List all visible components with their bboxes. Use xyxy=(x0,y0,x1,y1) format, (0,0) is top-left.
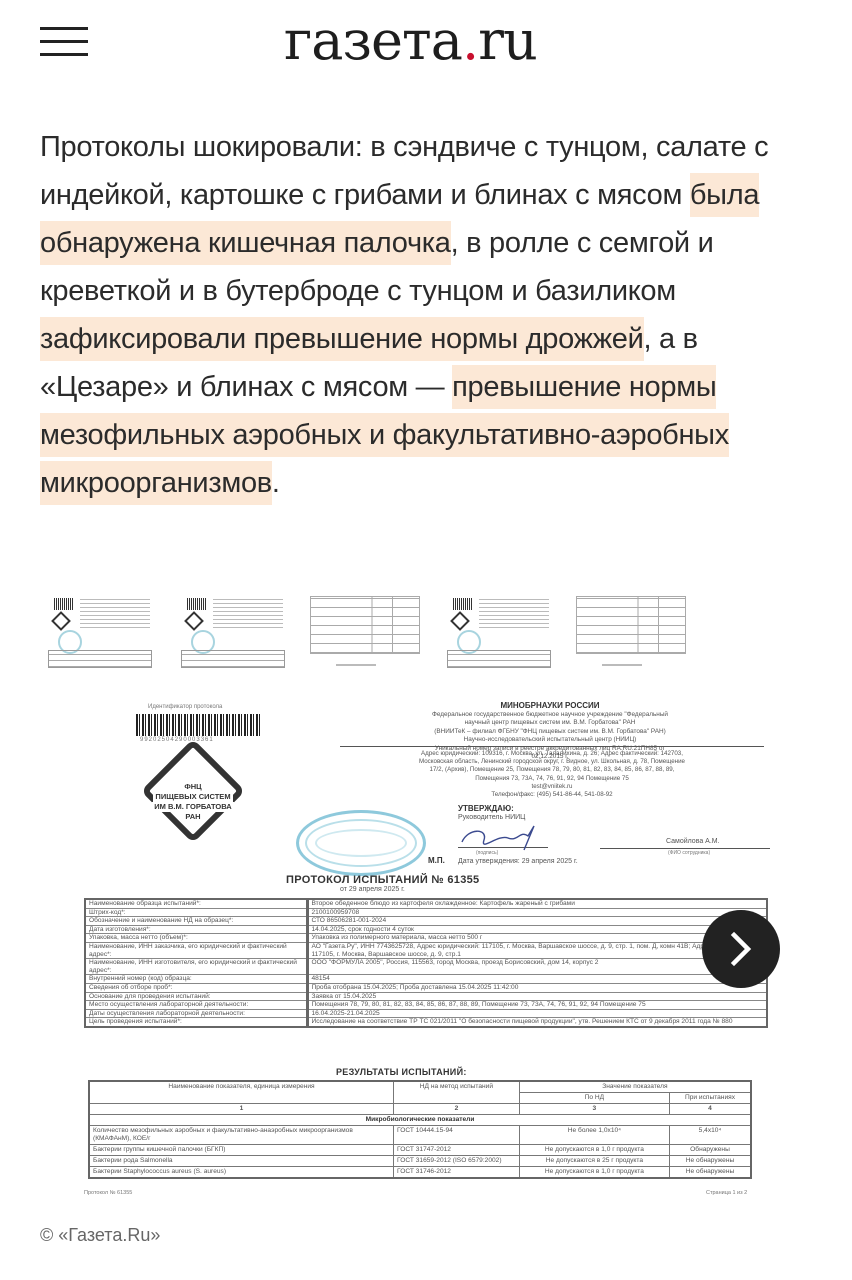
table-row: Сведения об отборе проб*:Проба отобрана … xyxy=(85,983,767,992)
approve-role: Руководитель НИИЦ xyxy=(458,814,525,821)
gallery-thumbnail[interactable] xyxy=(439,590,557,674)
approve-date: Дата утверждения: 29 апреля 2025 г. xyxy=(458,858,578,865)
fnc-logo: ФНЦПИЩЕВЫХ СИСТЕМИМ В.М. ГОРБАТОВАРАН xyxy=(128,760,258,842)
table-row: Упаковка, масса нетто (объем)*:Упаковка … xyxy=(85,934,767,943)
table-row: Бактерии группы кишечной палочки (БГКП)Г… xyxy=(89,1145,751,1156)
copyright: © «Газета.Ru» xyxy=(40,1225,160,1246)
gallery-thumbnails xyxy=(40,590,690,676)
table-row: Дата изготовления*:14.04.2025, срок годн… xyxy=(85,925,767,934)
signer-name: Самойлова А.М. xyxy=(666,838,720,845)
approve-label: УТВЕРЖДАЮ: xyxy=(458,804,514,813)
table-row: Обозначение и наименование НД на образец… xyxy=(85,917,767,926)
sample-info-table: Наименование образца испытаний*:Второе о… xyxy=(84,898,768,1028)
highlighted-text: зафиксировали превышение нормы дрожжей xyxy=(40,317,644,361)
signer-caption: (ФИО сотрудника) xyxy=(668,850,710,856)
chevron-right-icon xyxy=(727,931,755,967)
protocol-title: ПРОТОКОЛ ИСПЫТАНИЙ № 61355 xyxy=(286,874,479,886)
table-row: Штрих-код*:2100100959708 xyxy=(85,908,767,917)
divider xyxy=(600,848,770,849)
table-row: Бактерии рода SalmonellaГОСТ 31659-2012 … xyxy=(89,1156,751,1167)
stamp-seal-icon xyxy=(296,810,426,876)
signature-icon xyxy=(458,822,548,848)
table-row: Количество мезофильных аэробных и факуль… xyxy=(89,1126,751,1145)
gallery-thumbnail[interactable] xyxy=(40,590,158,674)
protocol-date: от 29 апреля 2025 г. xyxy=(340,886,405,893)
table-row: Даты осуществления лабораторной деятельн… xyxy=(85,1009,767,1018)
table-row: Внутренний номер (код) образца:48154 xyxy=(85,975,767,984)
article-text: Протоколы шокировали: в сэндвиче с тунцо… xyxy=(40,131,768,211)
results-table: Наименование показателя, единица измерен… xyxy=(88,1080,752,1179)
hamburger-menu-icon[interactable] xyxy=(40,27,88,57)
protocol-document-image[interactable]: Идентификатор протокола 9920250429000336… xyxy=(40,690,812,1210)
organization-address: Адрес юридический: 109316, г. Москва, ул… xyxy=(340,750,764,799)
article-text: . xyxy=(272,467,280,499)
site-header: газета.ru xyxy=(0,0,852,90)
table-row: Наименование образца испытаний*:Второе о… xyxy=(85,899,767,908)
table-row: Основание для проведения испытаний:Заявк… xyxy=(85,992,767,1001)
gallery-next-button[interactable] xyxy=(702,910,780,988)
site-logo[interactable]: газета.ru xyxy=(284,6,537,76)
signature-caption: (подпись) xyxy=(476,850,498,856)
table-row: Наименование, ИНН заказчика, его юридиче… xyxy=(85,942,767,958)
table-row: Наименование, ИНН изготовителя, его юрид… xyxy=(85,959,767,975)
stamp-label: М.П. xyxy=(428,856,445,865)
doc-footer-protocol: Протокол № 61355 xyxy=(84,1190,132,1196)
results-title: РЕЗУЛЬТАТЫ ИСПЫТАНИЙ: xyxy=(336,1067,467,1077)
table-row: Бактерии Staphylococcus aureus (S. aureu… xyxy=(89,1167,751,1179)
protocol-id-label: Идентификатор протокола xyxy=(148,704,222,710)
gallery-thumbnail[interactable] xyxy=(306,590,424,674)
doc-footer-page: Страница 1 из 2 xyxy=(706,1190,747,1196)
gallery-thumbnail[interactable] xyxy=(572,590,690,674)
table-row: Цель проведения испытаний*:Исследование … xyxy=(85,1018,767,1027)
gallery-thumbnail[interactable] xyxy=(173,590,291,674)
barcode-icon xyxy=(136,714,262,736)
barcode-number: 99202504290003361 xyxy=(140,737,214,743)
table-row: Место осуществления лабораторной деятель… xyxy=(85,1001,767,1010)
divider xyxy=(340,746,764,747)
article-paragraph: Протоколы шокировали: в сэндвиче с тунцо… xyxy=(40,123,820,507)
